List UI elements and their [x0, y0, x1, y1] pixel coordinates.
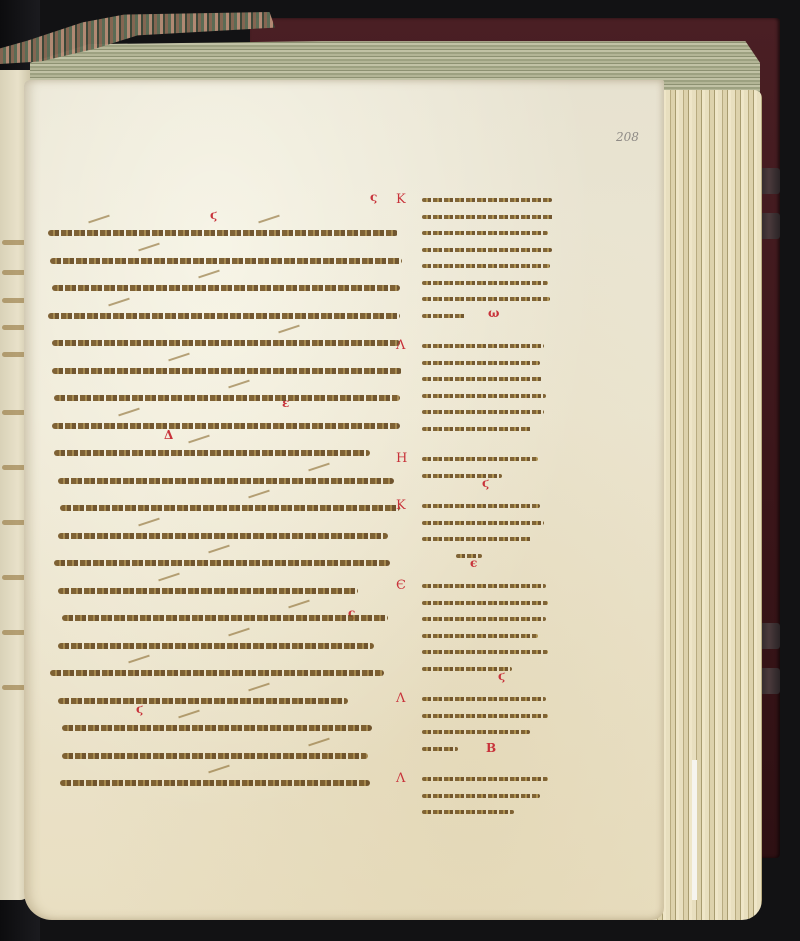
- scholion-initial: Κ: [396, 498, 406, 513]
- rubric-mark: ς: [370, 190, 377, 204]
- scholion-initial: Η: [396, 451, 407, 466]
- inserted-slip: [692, 760, 697, 900]
- text-line: [48, 495, 403, 523]
- end-mark: Β: [486, 741, 496, 755]
- main-text-column: [48, 220, 403, 798]
- text-line: [48, 413, 403, 441]
- text-line: [48, 633, 403, 661]
- scholion-initial: Є: [396, 578, 406, 593]
- scholion-initial: Λ: [396, 338, 405, 353]
- end-mark: ϛ: [482, 476, 489, 490]
- folio-number: 208: [616, 130, 639, 144]
- text-line: [48, 770, 403, 798]
- text-line: [48, 385, 403, 413]
- text-line: [48, 578, 403, 606]
- scholion-initial: Λ: [396, 691, 405, 706]
- text-line: [48, 275, 403, 303]
- text-line: [48, 330, 403, 358]
- text-line: [48, 303, 403, 331]
- scholion-initial: Λ: [396, 771, 405, 786]
- text-line: [48, 688, 403, 716]
- text-line: [48, 248, 403, 276]
- text-line: [48, 605, 403, 633]
- text-line: [48, 715, 403, 743]
- end-mark: ϛ: [498, 669, 505, 683]
- manuscript-page: 208 ς ϛ Δ ε ς ϛ Κ ω: [24, 80, 664, 920]
- text-line: [48, 440, 403, 468]
- text-line: [48, 358, 403, 386]
- text-line: [48, 468, 403, 496]
- end-mark: ω: [488, 306, 499, 320]
- end-mark: ϵ: [470, 556, 477, 570]
- scholion-initial: Κ: [396, 192, 406, 207]
- text-line: [48, 550, 403, 578]
- text-line: [48, 220, 403, 248]
- text-line: [48, 660, 403, 688]
- marginal-scholia-column: Κ ω Λ Η ϛ Κ ϵ: [422, 192, 592, 821]
